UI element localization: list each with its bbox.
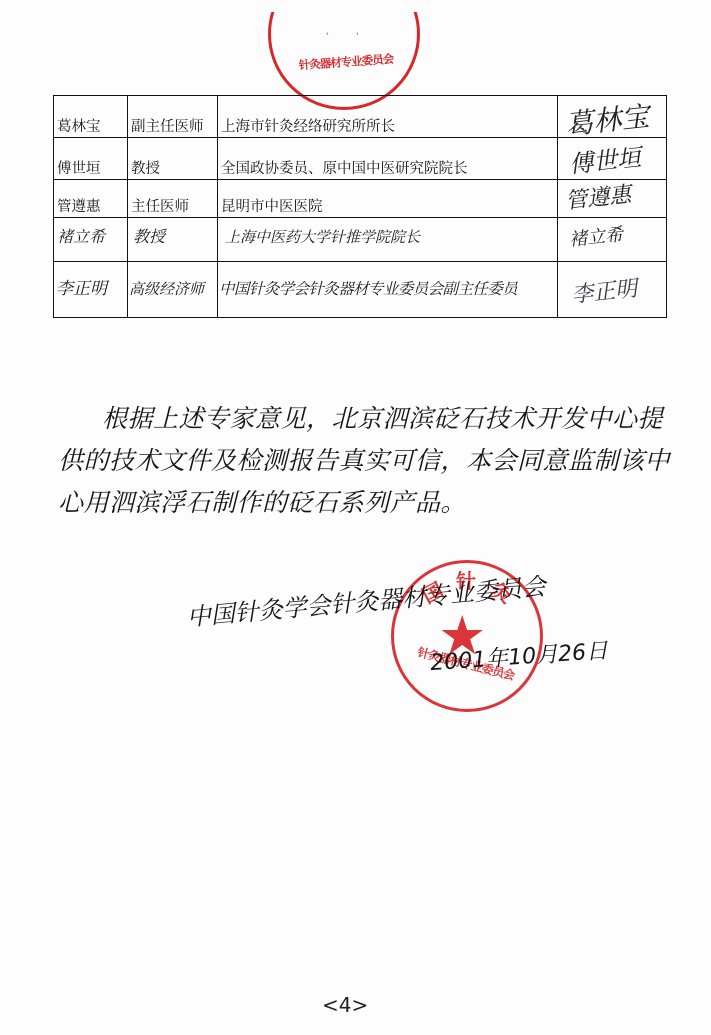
expert-name: 褚立希 bbox=[57, 229, 105, 245]
expert-name: 李正明 bbox=[56, 281, 107, 297]
expert-position: 中国针灸学会针灸器材专业委员会副主任委员 bbox=[219, 281, 517, 297]
table-rule bbox=[557, 95, 558, 318]
expert-title: 教授 bbox=[133, 229, 165, 245]
expert-position: 上海中医药大学针推学院院长 bbox=[225, 229, 420, 245]
expert-signature: 管遵惠 bbox=[564, 178, 633, 216]
seal-mark: ' bbox=[326, 32, 328, 42]
document-page: ' ' 针灸器材专业委员会 葛林宝 副主任医师 上海市针灸经络研究所所长 葛林宝… bbox=[0, 0, 711, 1035]
expert-name: 管遵惠 bbox=[57, 199, 101, 215]
table-rule bbox=[53, 95, 54, 318]
expert-signature: 葛林宝 bbox=[563, 95, 651, 144]
table-rule bbox=[53, 261, 667, 262]
page-number: <4> bbox=[322, 993, 368, 1017]
expert-title: 主任医师 bbox=[131, 199, 189, 215]
expert-title: 高级经济师 bbox=[129, 281, 204, 297]
expert-position: 昆明市中医医院 bbox=[221, 199, 323, 215]
approval-statement: 根据上述专家意见，北京泗滨砭石技术开发中心提供的技术文件及检测报告真实可信，本会… bbox=[58, 398, 688, 524]
expert-name: 葛林宝 bbox=[57, 119, 101, 135]
table-rule bbox=[53, 217, 667, 218]
expert-position: 全国政协委员、原中国中医研究院院长 bbox=[221, 161, 468, 177]
expert-title: 副主任医师 bbox=[131, 119, 204, 135]
table-rule bbox=[666, 95, 667, 318]
expert-signature-table: 葛林宝 副主任医师 上海市针灸经络研究所所长 葛林宝 傅世垣 教授 全国政协委员… bbox=[53, 95, 667, 318]
expert-position: 上海市针灸经络研究所所长 bbox=[221, 119, 395, 135]
table-rule bbox=[217, 95, 218, 318]
expert-name: 傅世垣 bbox=[57, 161, 101, 177]
table-rule bbox=[53, 95, 667, 96]
table-rule bbox=[53, 317, 667, 318]
table-rule bbox=[127, 95, 128, 318]
expert-signature: 褚立希 bbox=[568, 220, 624, 252]
seal-mark: ' bbox=[356, 32, 358, 42]
expert-signature: 李正明 bbox=[570, 272, 639, 310]
expert-title: 教授 bbox=[131, 161, 160, 177]
expert-signature: 傅世垣 bbox=[567, 137, 642, 179]
